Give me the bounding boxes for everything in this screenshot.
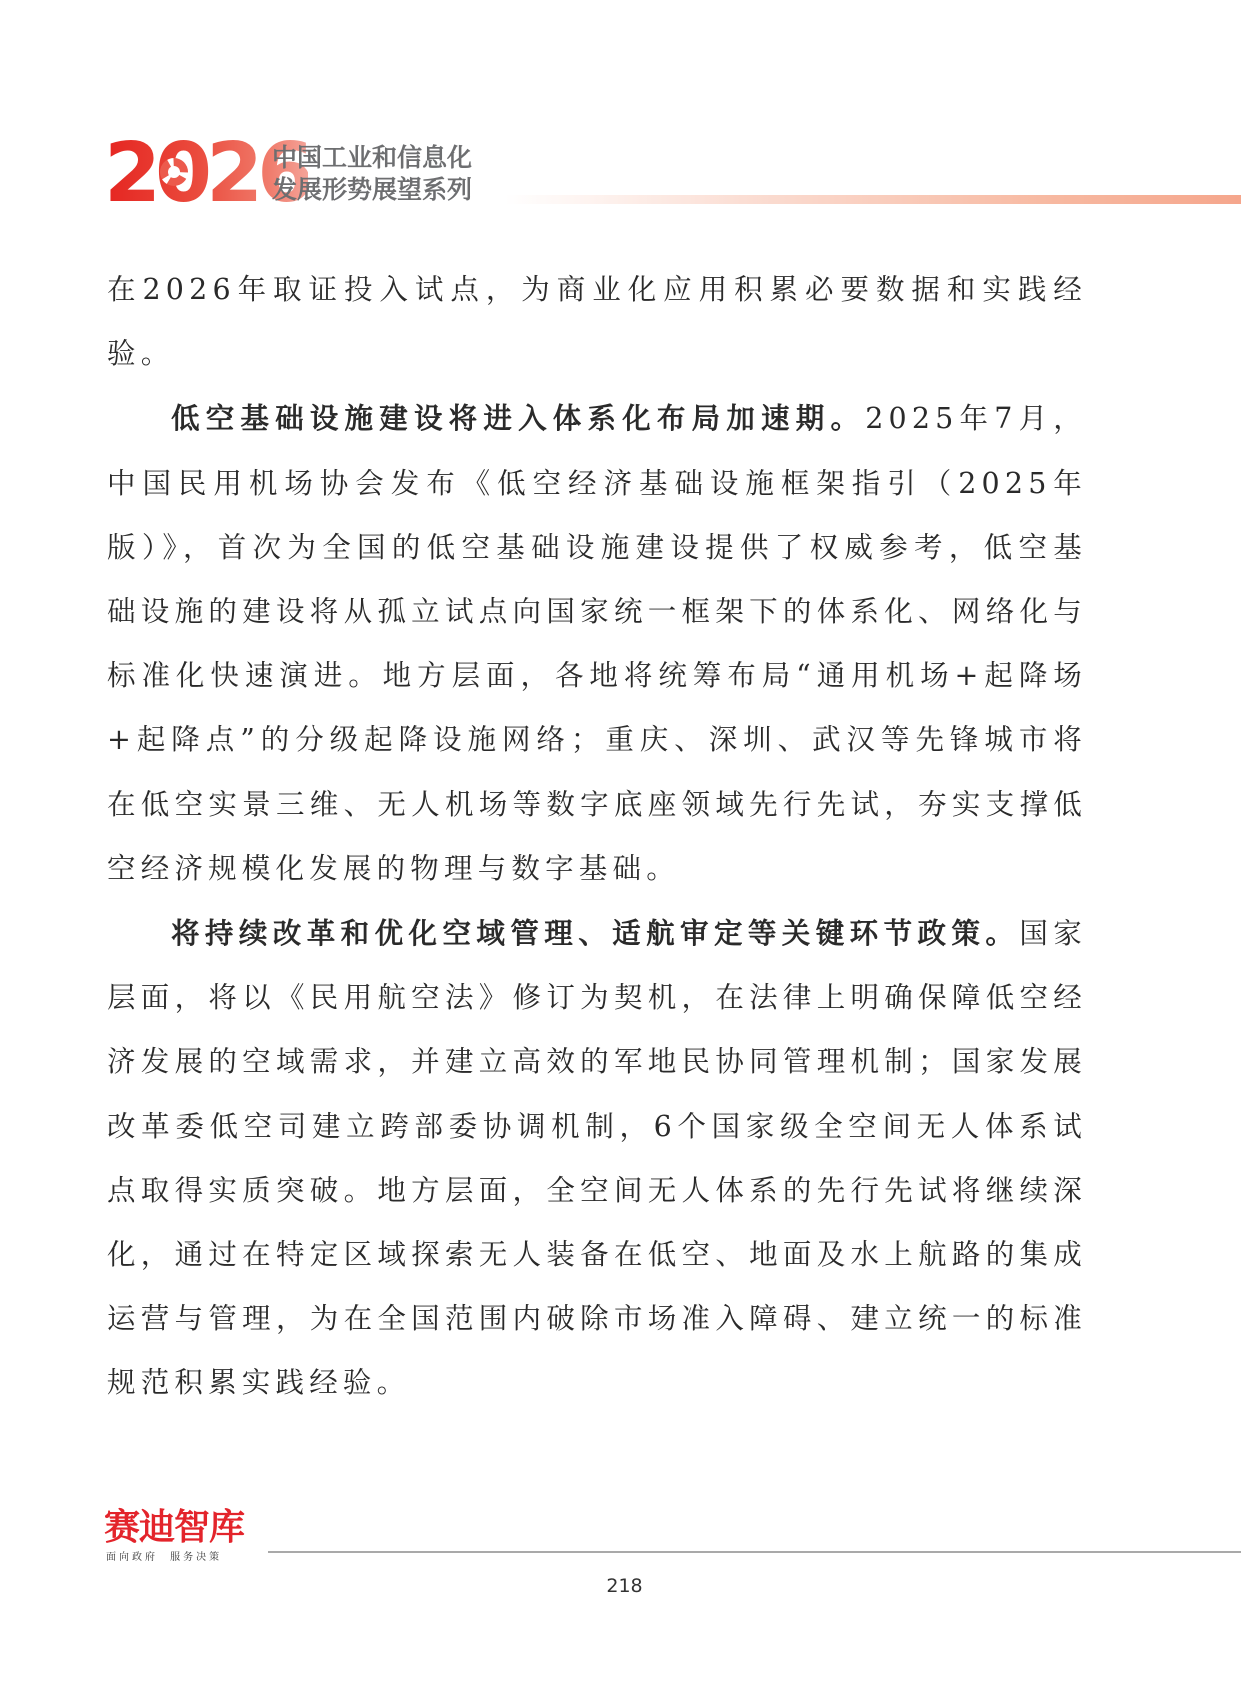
body-text: 在2026年取证投入试点，为商业化应用积累必要数据和实践经验。 低空基础设施建设…: [107, 258, 1087, 1416]
paragraph-text: 2025年7月，中国民用机场协会发布《低空经济基础设施框架指引（2025年版）》…: [107, 402, 1087, 884]
paragraph-text: 国家层面，将以《民用航空法》修订为契机，在法律上明确保障低空经济发展的空域需求，…: [107, 917, 1087, 1399]
gear-icon: [160, 158, 188, 186]
header-gradient-bar: [505, 195, 1241, 204]
page-number: 218: [0, 1574, 1241, 1598]
footer-slogan: 面向政府 服务决策: [106, 1551, 222, 1565]
series-title-line2: 发展形势展望系列: [272, 174, 472, 206]
page-header: 2026 中国工业和信息化 发展形势展望系列: [0, 0, 1241, 230]
series-title: 中国工业和信息化 发展形势展望系列: [272, 142, 472, 206]
paragraph-text: 在2026年取证投入试点，为商业化应用积累必要数据和实践经验。: [107, 273, 1087, 370]
series-title-line1: 中国工业和信息化: [272, 142, 472, 174]
footer-divider: [268, 1551, 1241, 1553]
paragraph-lead: 低空基础设施建设将进入体系化布局加速期。: [171, 401, 865, 435]
paragraph-lead: 将持续改革和优化空域管理、适航审定等关键环节政策。: [171, 916, 1019, 950]
paragraph-1: 在2026年取证投入试点，为商业化应用积累必要数据和实践经验。: [107, 258, 1087, 386]
paragraph-3: 将持续改革和优化空域管理、适航审定等关键环节政策。国家层面，将以《民用航空法》修…: [107, 901, 1087, 1416]
footer-brand-logo: 赛迪智库: [104, 1508, 244, 1548]
paragraph-2: 低空基础设施建设将进入体系化布局加速期。2025年7月，中国民用机场协会发布《低…: [107, 386, 1087, 901]
